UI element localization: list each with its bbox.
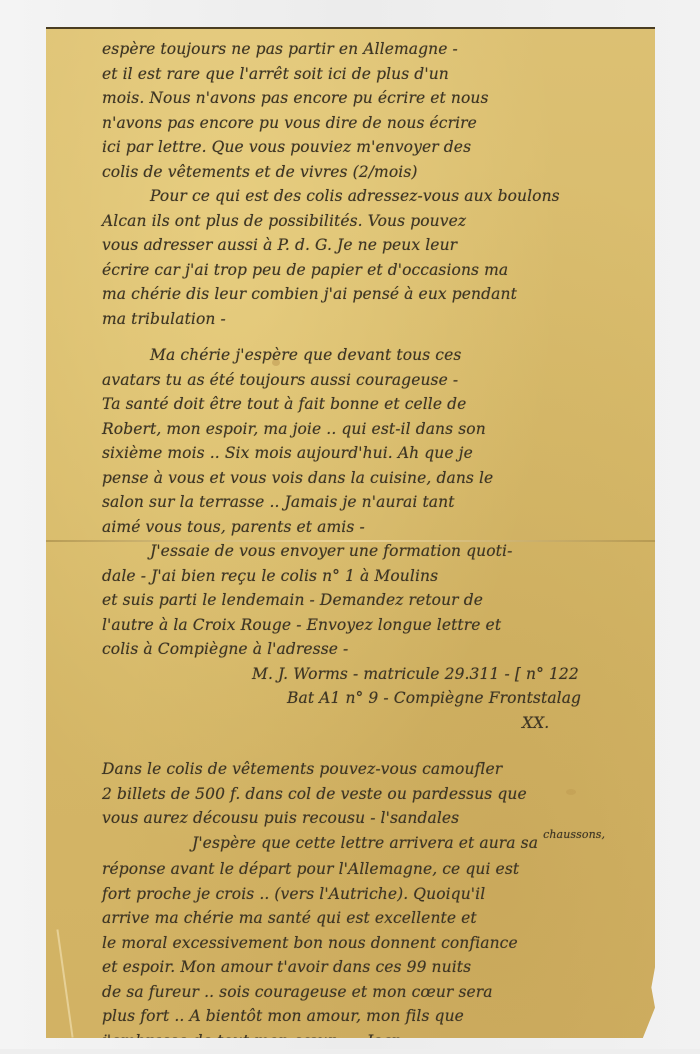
- paragraph-opening: espère toujours ne pas partir en Allemag…: [102, 37, 650, 184]
- letter-line: J'essaie de vous envoyer une formation q…: [102, 539, 650, 564]
- inserted-word: chaussons,: [543, 828, 605, 841]
- camp-address: M. J. Worms - matricule 29.311 - [ n° 12…: [102, 662, 650, 736]
- letter-line: colis de vêtements et de vivres (2/mois): [102, 160, 650, 185]
- letter-line: Pour ce qui est des colis adressez-vous …: [102, 184, 650, 209]
- letter-line-text: J'espère que cette lettre arrivera et au…: [192, 834, 538, 852]
- letter-line: arrive ma chérie ma santé qui est excell…: [102, 906, 650, 931]
- letter-line: 2 billets de 500 f. dans col de veste ou…: [102, 782, 650, 807]
- paper-crease: [56, 929, 73, 1037]
- letter-line: espère toujours ne pas partir en Allemag…: [102, 37, 650, 62]
- paragraph-family: Ma chérie j'espère que devant tous ces a…: [102, 343, 650, 539]
- letter-line: fort proche je crois .. (vers l'Autriche…: [102, 882, 650, 907]
- letter-line: et il est rare que l'arrêt soit ici de p…: [102, 62, 650, 87]
- address-line: XX.: [102, 711, 650, 736]
- letter-line: et suis parti le lendemain - Demandez re…: [102, 588, 650, 613]
- letter-line: de sa fureur .. sois courageuse et mon c…: [102, 980, 650, 1005]
- letter-line: mois. Nous n'avons pas encore pu écrire …: [102, 86, 650, 111]
- letter-body: espère toujours ne pas partir en Allemag…: [102, 37, 650, 1049]
- letter-line: colis à Compiègne à l'adresse -: [102, 637, 650, 662]
- letter-line: n'avons pas encore pu vous dire de nous …: [102, 111, 650, 136]
- letter-line: plus fort .. A bientôt mon amour, mon fi…: [102, 1004, 650, 1029]
- letter-line: Ta santé doit être tout à fait bonne et …: [102, 392, 650, 417]
- letter-line: J'espère que cette lettre arrivera et au…: [102, 831, 650, 858]
- letter-paper: espère toujours ne pas partir en Allemag…: [46, 27, 655, 1038]
- address-line: M. J. Worms - matricule 29.311 - [ n° 12…: [102, 662, 650, 687]
- address-line: Bat A1 n° 9 - Compiègne Frontstalag: [102, 686, 650, 711]
- letter-line: avatars tu as été toujours aussi courage…: [102, 368, 650, 393]
- letter-line: le moral excessivement bon nous donnent …: [102, 931, 650, 956]
- letter-line: salon sur la terrasse .. Jamais je n'aur…: [102, 490, 650, 515]
- letter-line: vous aurez décousu puis recousu - l'sand…: [102, 806, 650, 831]
- letter-line: Dans le colis de vêtements pouvez-vous c…: [102, 757, 650, 782]
- letter-line: vous adresser aussi à P. d. G. Je ne peu…: [102, 233, 650, 258]
- letter-line: ma chérie dis leur combien j'ai pensé à …: [102, 282, 650, 307]
- paragraph-clothing-parcel: Dans le colis de vêtements pouvez-vous c…: [102, 757, 650, 831]
- letter-line: Robert, mon espoir, ma joie .. qui est-i…: [102, 417, 650, 442]
- paragraph-instructions: J'essaie de vous envoyer une formation q…: [102, 539, 650, 662]
- letter-line: Alcan ils ont plus de possibilités. Vous…: [102, 209, 650, 234]
- paragraph-parcels: Pour ce qui est des colis adressez-vous …: [102, 184, 650, 331]
- letter-line: et espoir. Mon amour t'avoir dans ces 99…: [102, 955, 650, 980]
- letter-line: pense à vous et vous vois dans la cuisin…: [102, 466, 650, 491]
- letter-line: ma tribulation -: [102, 307, 650, 332]
- letter-line: sixième mois .. Six mois aujourd'hui. Ah…: [102, 441, 650, 466]
- paragraph-closing: J'espère que cette lettre arrivera et au…: [102, 831, 650, 1050]
- letter-line: ici par lettre. Que vous pouviez m'envoy…: [102, 135, 650, 160]
- letter-line: réponse avant le départ pour l'Allemagne…: [102, 857, 650, 882]
- letter-line: aimé vous tous, parents et amis -: [102, 515, 650, 540]
- letter-line: Ma chérie j'espère que devant tous ces: [102, 343, 650, 368]
- letter-line: écrire car j'ai trop peu de papier et d'…: [102, 258, 650, 283]
- letter-line: l'autre à la Croix Rouge - Envoyez longu…: [102, 613, 650, 638]
- letter-line: dale - J'ai bien reçu le colis n° 1 à Mo…: [102, 564, 650, 589]
